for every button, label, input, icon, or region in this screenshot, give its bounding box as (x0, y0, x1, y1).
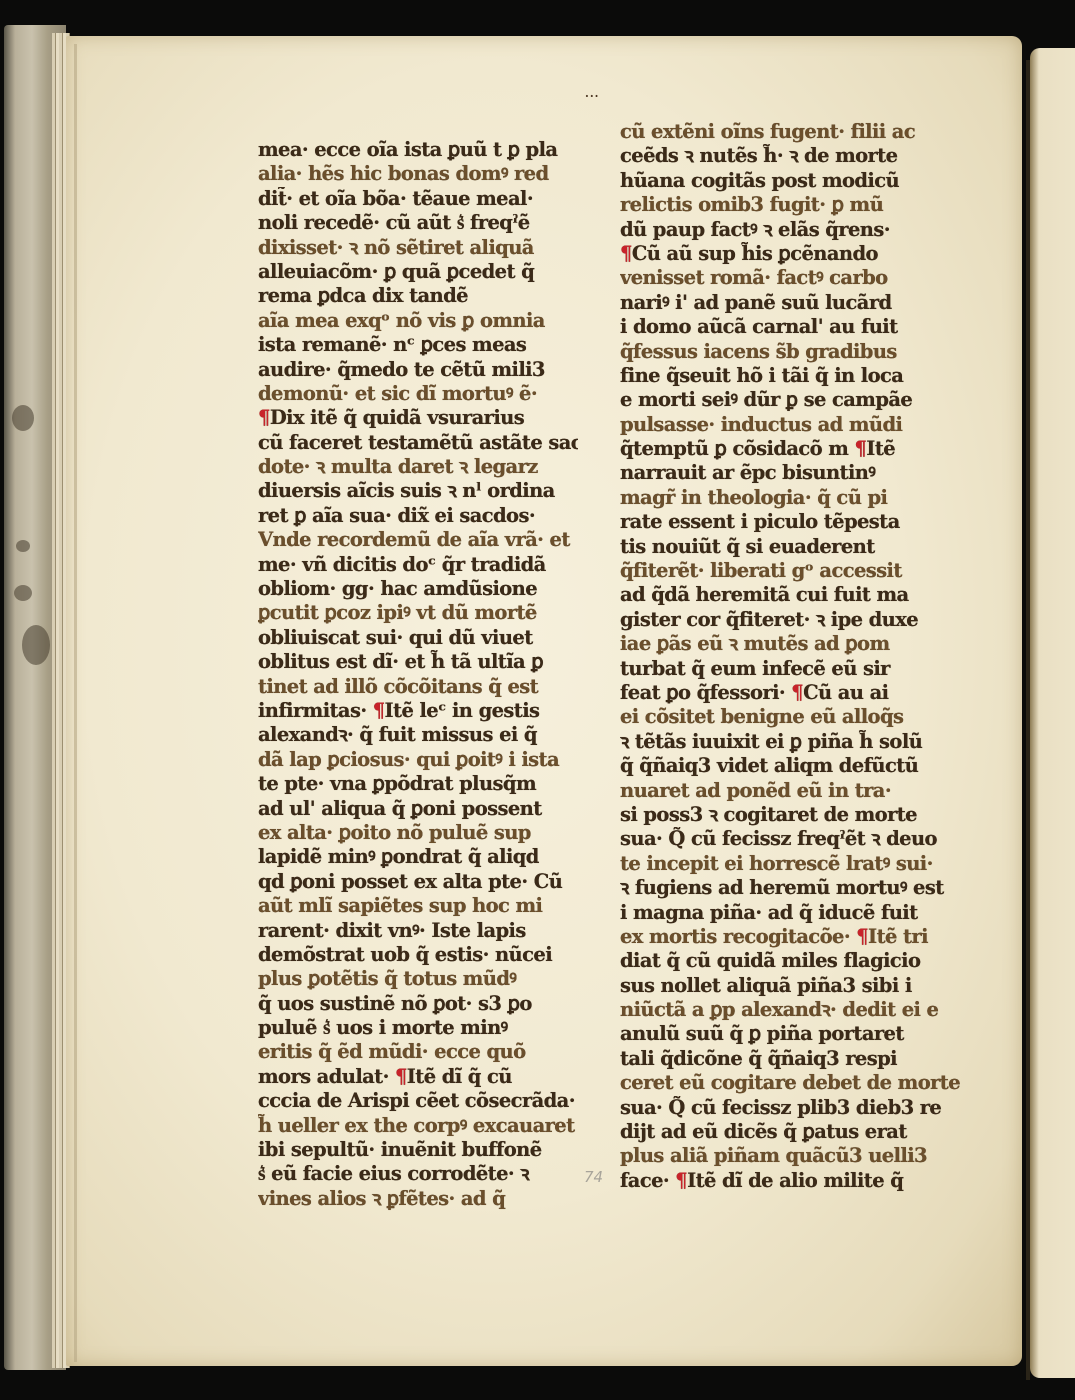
text-line: e morti seiꝰ dũr ꝑ se campãe (620, 388, 960, 412)
line-text: mors adulat· (258, 1065, 395, 1088)
text-line: te pte· vna ꝑpõdrat plusq̃m (258, 772, 578, 796)
text-line: i domo aũcã carnal' au fuit (620, 315, 960, 339)
text-line: te incepit ei horrescẽ lratꝰ sui· (620, 852, 960, 876)
text-line: diuersis aĩcis suis ꝛ nˡ ordina (258, 479, 578, 503)
text-line: pulsasse· inductus ad mũdi (620, 413, 960, 437)
text-line: dote· ꝛ multa daret ꝛ legarz (258, 455, 578, 479)
text-line: h̃ ueller ex the corpꝰ excauaret (258, 1114, 578, 1138)
text-line: ¶Dix itẽ q̃ quidã vsurarius (258, 406, 578, 430)
text-line: oblitus est dĩ· et h̃ tã ultĩa ꝑ (258, 650, 578, 674)
text-line: ad ul' aliqua q̃ ꝑoni possent (258, 797, 578, 821)
text-line: ceẽds ꝛ nutẽs h̃· ꝛ de morte (620, 144, 960, 168)
text-line: rema ꝑdca dix tandẽ (258, 284, 578, 308)
text-line: obliuiscat sui· qui dũ viuet (258, 626, 578, 650)
text-line: tinet ad illõ cõcõitans q̃ est (258, 675, 578, 699)
stain (12, 405, 34, 431)
line-text: Itẽ (385, 699, 414, 722)
rubric-paragraph-mark: ¶ (373, 699, 385, 722)
text-line: magr̃ in theologia· q̃ cũ pi (620, 486, 960, 510)
line-text: Cũ aũ sup h̃is ꝑcẽnando (632, 242, 878, 265)
text-line: Vnde recordemũ de aĩa vrã· et (258, 528, 578, 552)
text-line: fine q̃seuit hõ i tãi q̃ in loca (620, 364, 960, 388)
text-line: sua· Q̃ cũ fecissz plib3 dieb3 re (620, 1096, 960, 1120)
text-line: ꝛ fugiens ad heremũ mortuꝰ est (620, 876, 960, 900)
rubric-paragraph-mark: ¶ (620, 242, 632, 265)
text-line: cccia de Arispi cẽet cõsecrãda· i ꝑ (258, 1089, 578, 1113)
text-line: puluẽ s͛ uos i morte minꝰ (258, 1016, 578, 1040)
text-line: i magna piña· ad q̃ iducẽ fuit (620, 901, 960, 925)
line-text: infirmitas· (258, 699, 373, 722)
text-line: alexandꝛ· q̃ fuit missus ei q̃ (258, 723, 578, 747)
text-line: nariꝰ i' ad panẽ suũ lucãrd (620, 291, 960, 315)
gutter-shadow (1026, 60, 1030, 1380)
text-line: anulũ suũ q̃ ꝑ piña portaret (620, 1022, 960, 1046)
text-line: ex alta· ꝑoito nõ puluẽ sup (258, 821, 578, 845)
text-line: infirmitas· ¶Itẽ leᶜ in gestis (258, 699, 578, 723)
text-line: ei cõsitet benigne eũ alloq̃s (620, 705, 960, 729)
line-text: Dix itẽ q̃ quidã vsurarius (270, 406, 524, 429)
text-line: cũ faceret testamẽtũ astãte sac (258, 431, 578, 455)
line-text: Itẽ (687, 1169, 716, 1192)
text-line: narrauit ar ẽpc bisuntinꝰ (620, 461, 960, 485)
facing-page-edge (1030, 48, 1075, 1378)
text-line: sua· Q̃ cũ fecissz freqˀẽt ꝛ deuo (620, 827, 960, 851)
stain (16, 540, 30, 552)
text-column-right: cũ extẽni oĩns fugent· filii acceẽds ꝛ n… (620, 120, 960, 1193)
text-line: audire· q̃medo te cẽtũ mili3 (258, 358, 578, 382)
text-line: venisset romã· factꝰ carbo (620, 266, 960, 290)
text-line: face· ¶Itẽ dĩ de alio milite q̃ (620, 1169, 960, 1193)
rubric-paragraph-mark: ¶ (258, 406, 270, 429)
line-text: Itẽ (868, 925, 897, 948)
text-line: rate essent i piculo tẽpesta (620, 510, 960, 534)
text-line: ad q̃dã heremitã cui fuit ma (620, 583, 960, 607)
stain (22, 625, 50, 665)
text-line: plus aliã piñam quãcũ3 uelli3 (620, 1144, 960, 1168)
text-line: dijt ad eũ dicẽs q̃ ꝑatus erat (620, 1120, 960, 1144)
line-text: ex mortis recogitacõe· (620, 925, 856, 948)
text-line: iae ꝑãs eũ ꝛ mutẽs ad ꝑom (620, 632, 960, 656)
text-line: aĩa mea exqᵒ nõ vis ꝑ omnia (258, 309, 578, 333)
text-line: mors adulat· ¶Itẽ dĩ q̃ cũ (258, 1065, 578, 1089)
text-line: demonũ· et sic dĩ mortuꝰ ẽ· (258, 382, 578, 406)
text-line: hũana cogitãs post modicũ (620, 169, 960, 193)
text-line: demõstrat uob q̃ estis· nũcei (258, 943, 578, 967)
text-line: tali q̃dicõne q̃ q̃ñaiq3 respi (620, 1047, 960, 1071)
text-line: dixisset· ꝛ nõ sẽtiret aliquã (258, 236, 578, 260)
text-line: dit̃· et oĩa bõa· tẽaue meal· (258, 187, 578, 211)
line-text: face· (620, 1169, 675, 1192)
text-line: noli recedẽ· cũ aũt s͛ freqˀẽ (258, 211, 578, 235)
text-line: ꝛ tẽtãs iuuixit ei ꝑ piña h̃ solũ (620, 730, 960, 754)
rubric-paragraph-mark: ¶ (791, 681, 803, 704)
text-line: obliom· gg· hac amdũsione (258, 577, 578, 601)
line-text: q̃temptũ ꝑ cõsidacõ m (620, 437, 854, 460)
text-line: q̃ uos sustinẽ nõ ꝑot· s3 ꝑo (258, 992, 578, 1016)
text-line: turbat q̃ eum infecẽ eũ sir (620, 657, 960, 681)
text-line: cũ extẽni oĩns fugent· filii ac (620, 120, 960, 144)
text-line: vines alios ꝛ ꝑfẽtes· ad q̃ (258, 1187, 578, 1211)
line-text: tri (897, 925, 928, 948)
text-line: sus nollet aliquã piña3 sibi i (620, 974, 960, 998)
text-line: q̃fiterẽt· liberati gᵒ accessit (620, 559, 960, 583)
text-line: ibi sepultũ· inuẽnit buffonẽ (258, 1138, 578, 1162)
text-line: dã lap ꝑciosus· qui ꝑoitꝰ i ista (258, 748, 578, 772)
line-text: Itẽ (866, 437, 895, 460)
text-line: plus ꝑotẽtis q̃ totus mũdꝰ (258, 967, 578, 991)
text-line: alia· hẽs hic bonas domꝰ red (258, 162, 578, 186)
text-line: me· vñ dicitis doᶜ q̃r tradidã (258, 553, 578, 577)
text-line: lapidẽ minꝰ ꝑondrat q̃ aliqd (258, 845, 578, 869)
text-line: nuaret ad ponẽd eũ in tra· (620, 779, 960, 803)
text-line: mea· ecce oĩa ista ꝑuũ t ꝑ pla (258, 138, 578, 162)
line-text: Cũ au (803, 681, 863, 704)
text-line: ceret eũ cogitare debet de morte (620, 1071, 960, 1095)
rubric-paragraph-mark: ¶ (675, 1169, 687, 1192)
text-line: rarent· dixit vnꝰ· Iste lapis (258, 919, 578, 943)
line-text: dĩ q̃ cũ (436, 1065, 512, 1088)
text-line: niũctã a ꝑp alexandꝛ· dedit ei e (620, 998, 960, 1022)
line-text: leᶜ in gestis (413, 699, 539, 722)
text-line: ista remanẽ· nᶜ ꝑces meas (258, 333, 578, 357)
text-line: alleuiacõm· ꝑ quã ꝑcedet q̃ (258, 260, 578, 284)
text-line: ꝑcutit ꝑcoz ipiꝰ vt dũ mortẽ (258, 601, 578, 625)
inner-edge-rule (74, 44, 77, 1362)
rubric-paragraph-mark: ¶ (856, 925, 868, 948)
rubric-paragraph-mark: ¶ (854, 437, 866, 460)
text-line: gister cor q̃fiteret· ꝛ ipe duxe (620, 608, 960, 632)
line-text: dĩ de alio milite q̃ (716, 1169, 903, 1192)
line-text: Itẽ (407, 1065, 436, 1088)
text-line: tis nouiũt q̃ si euaderent (620, 535, 960, 559)
text-line: q̃temptũ ꝑ cõsidacõ m ¶Itẽ (620, 437, 960, 461)
text-line: aũt mlĩ sapiẽtes sup hoc mi (258, 894, 578, 918)
stain (14, 585, 32, 601)
text-line: s͛ eũ facie eius corrodẽte· ꝛ (258, 1162, 578, 1186)
line-text: ai (863, 681, 888, 704)
pencil-folio-number: 74 (584, 1168, 603, 1186)
text-line: dũ paup factꝰ ꝛ elãs q̃rens· (620, 218, 960, 242)
text-line: relictis omib3 fugit· ꝑ mũ (620, 193, 960, 217)
text-line: eritis q̃ ẽd mũdi· ecce quõ (258, 1040, 578, 1064)
text-line: q̃fessus iacens s̃b gradibus (620, 340, 960, 364)
text-column-left: mea· ecce oĩa ista ꝑuũ t ꝑ plaalia· hẽs … (258, 138, 578, 1211)
folio-mark: ··· (585, 90, 600, 103)
rubric-paragraph-mark: ¶ (395, 1065, 407, 1088)
text-line: qd ꝑoni posset ex alta pte· Cũ (258, 870, 578, 894)
text-line: feat ꝑo q̃fessori· ¶Cũ au ai (620, 681, 960, 705)
text-line: ¶Cũ aũ sup h̃is ꝑcẽnando (620, 242, 960, 266)
text-line: q̃ q̃ñaiq3 videt aliqm defũctũ (620, 754, 960, 778)
text-line: si poss3 ꝛ cogitaret de morte (620, 803, 960, 827)
line-text: feat ꝑo q̃fessori· (620, 681, 791, 704)
text-line: diat q̃ cũ quidã miles flagicio (620, 949, 960, 973)
text-line: ret ꝑ aĩa sua· dix̃ ei sacdos· (258, 504, 578, 528)
text-line: ex mortis recogitacõe· ¶Itẽ tri (620, 925, 960, 949)
